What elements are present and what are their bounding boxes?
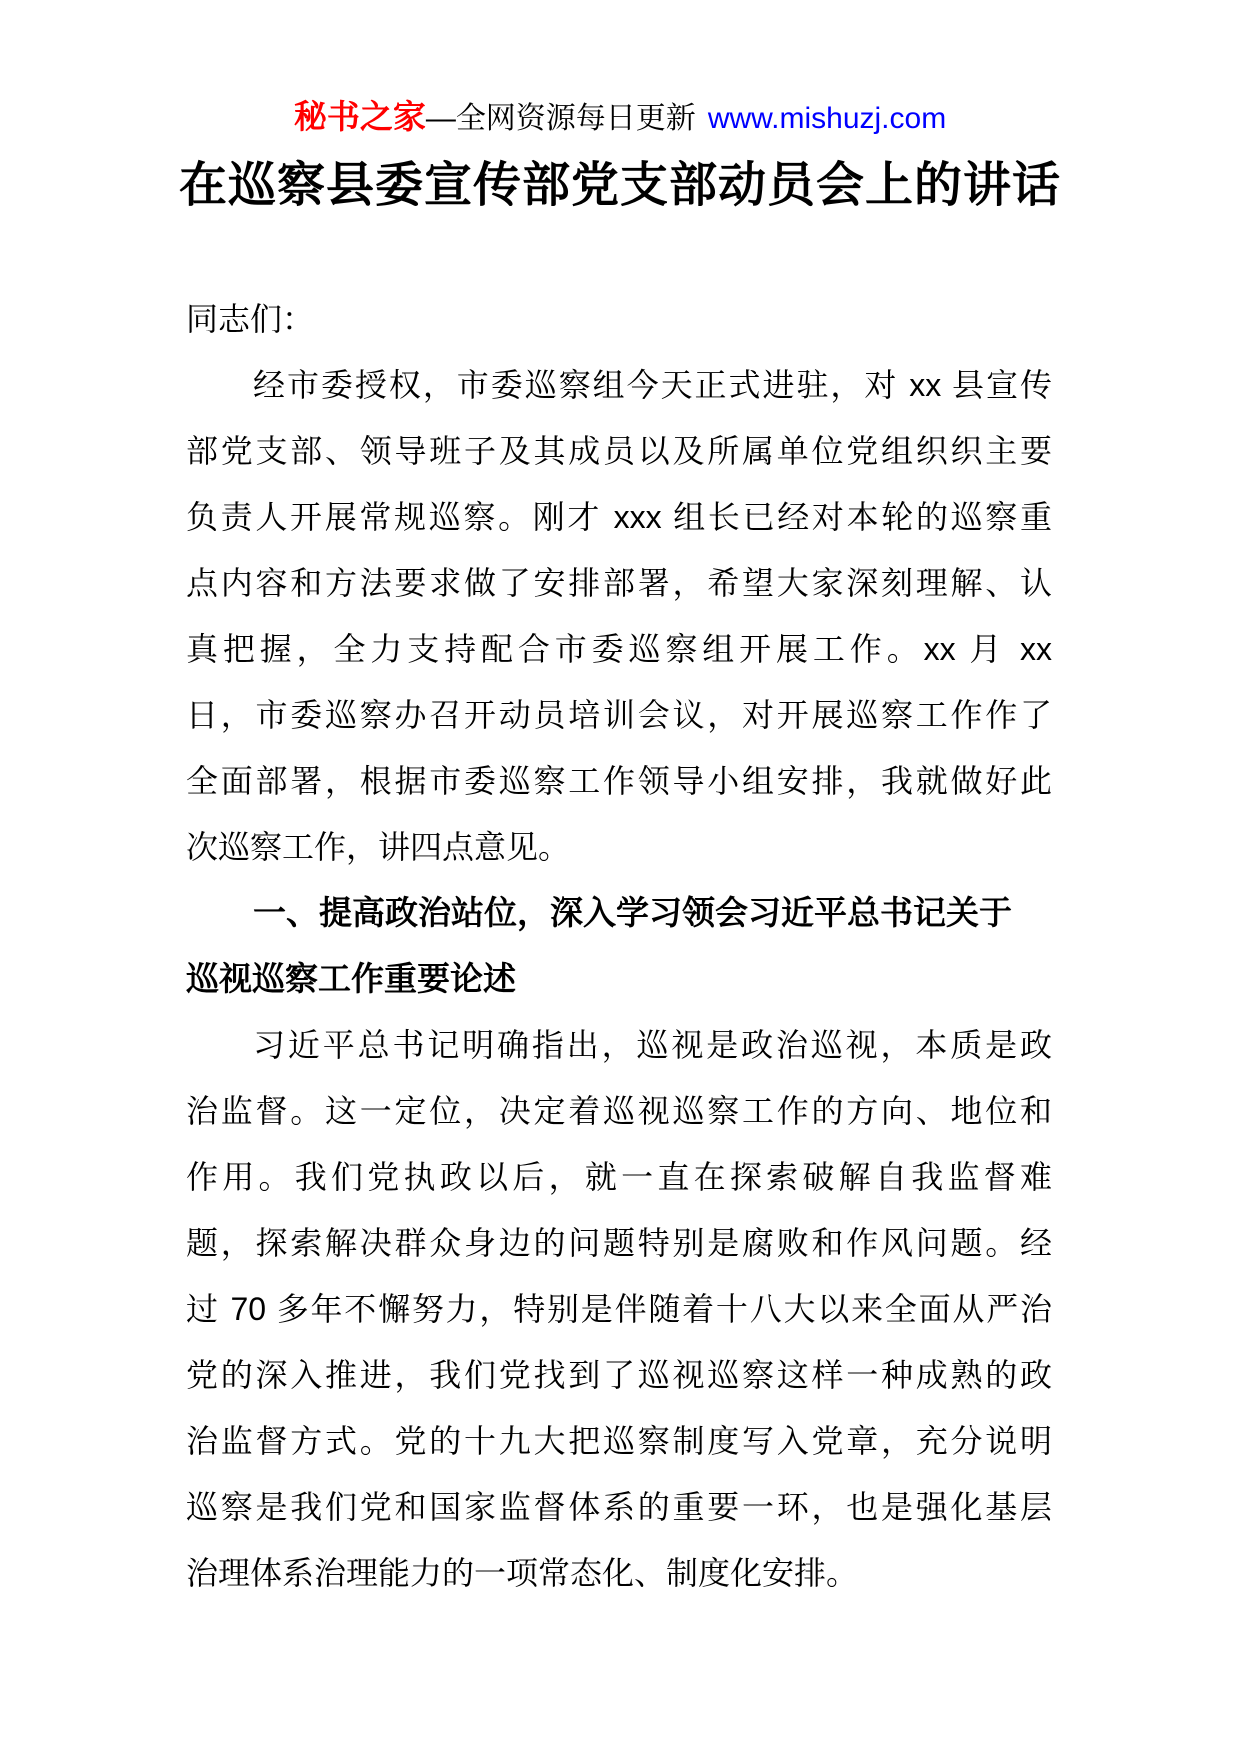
body-line: 题，探索解决群众身边的问题特别是腐败和作风问题。经: [186, 1210, 1052, 1276]
body-line: 部党支部、领导班子及其成员以及所属单位党组织织主要: [186, 418, 1052, 484]
body-line: 巡察是我们党和国家监督体系的重要一环，也是强化基层: [186, 1474, 1052, 1540]
body-line: 点内容和方法要求做了安排部署，希望大家深刻理解、认: [186, 550, 1052, 616]
site-brand: 秘书之家: [294, 98, 426, 135]
site-tagline: —全网资源每日更新: [426, 102, 696, 135]
document-title: 在巡察县委宣传部党支部动员会上的讲话: [0, 156, 1240, 216]
body-line: 次巡察工作，讲四点意见。: [186, 814, 1052, 880]
body-line: 治监督。这一定位，决定着巡视巡察工作的方向、地位和: [186, 1078, 1052, 1144]
body-line: 同志们：: [186, 286, 1052, 352]
body-line: 负责人开展常规巡察。刚才 xxx 组长已经对本轮的巡察重: [186, 484, 1052, 550]
body-line: 习近平总书记明确指出，巡视是政治巡视，本质是政: [186, 1012, 1052, 1078]
body-line: 党的深入推进，我们党找到了巡视巡察这样一种成熟的政: [186, 1342, 1052, 1408]
document-page: 秘书之家—全网资源每日更新www.mishuzj.com 在巡察县委宣传部党支部…: [0, 0, 1240, 1754]
document-body: 同志们：经市委授权，市委巡察组今天正式进驻，对 xx 县宣传部党支部、领导班子及…: [186, 286, 1052, 1606]
body-line: 治监督方式。党的十九大把巡察制度写入党章，充分说明: [186, 1408, 1052, 1474]
site-url-link[interactable]: www.mishuzj.com: [708, 102, 946, 135]
heading-line: 巡视巡察工作重要论述: [186, 946, 1052, 1012]
body-line: 作用。我们党执政以后，就一直在探索破解自我监督难: [186, 1144, 1052, 1210]
body-line: 经市委授权，市委巡察组今天正式进驻，对 xx 县宣传: [186, 352, 1052, 418]
body-line: 治理体系治理能力的一项常态化、制度化安排。: [186, 1540, 1052, 1606]
body-line: 日，市委巡察办召开动员培训会议，对开展巡察工作作了: [186, 682, 1052, 748]
body-line: 真把握，全力支持配合市委巡察组开展工作。xx 月 xx: [186, 616, 1052, 682]
heading-line: 一、提高政治站位，深入学习领会习近平总书记关于: [186, 880, 1052, 946]
site-header: 秘书之家—全网资源每日更新www.mishuzj.com: [0, 96, 1240, 140]
body-line: 过 70 多年不懈努力，特别是伴随着十八大以来全面从严治: [186, 1276, 1052, 1342]
body-line: 全面部署，根据市委巡察工作领导小组安排，我就做好此: [186, 748, 1052, 814]
